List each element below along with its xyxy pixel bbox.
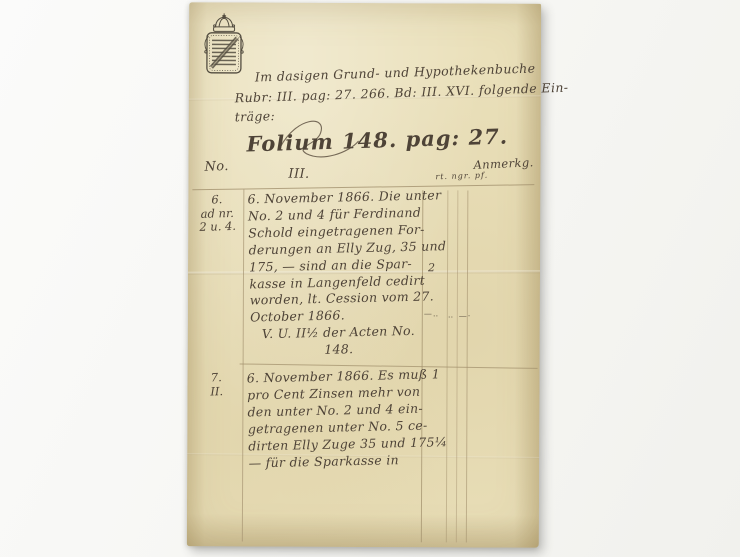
photo-background: Im dasigen Grund- und Hypothekenbuche Ru… [0, 0, 740, 557]
column-mark: III. [288, 167, 309, 182]
heraldic-crest-stamp-icon [199, 11, 249, 79]
entry-1-money-dash: ‥ [448, 310, 454, 319]
entry-2-no-line: 7. [195, 371, 237, 386]
column-header-money: rt. ngr. pf. [435, 171, 488, 182]
entry-1-number: 6. ad nr. 2 u. 4. [194, 193, 241, 235]
column-header-remark: Anmerkg. [473, 155, 534, 172]
table-vertical-line-no [242, 189, 245, 541]
entry-2-text: 6. November 1866. Es muß 1 pro Cent Zins… [247, 367, 425, 472]
entry-2-no-line: II. [196, 384, 238, 399]
entry-1-money-dash: —· [459, 311, 472, 320]
entry-1-money-value: 2 [428, 261, 435, 274]
entry-2-number: 7. II. [195, 371, 238, 399]
entry-1-no-line: 2 u. 4. [194, 220, 240, 235]
entry-1-text: 6. November 1866. Die unter No. 2 und 4 … [247, 188, 427, 361]
header-line-3: träge: [234, 108, 275, 124]
document-paper: Im dasigen Grund- und Hypothekenbuche Ru… [187, 2, 541, 548]
entry-1-money-dash: —‥ [424, 309, 439, 318]
column-header-no: No. [204, 159, 229, 175]
entry-2-line: — für die Sparkasse in [248, 451, 424, 472]
header-line-1: Im dasigen Grund- und Hypothekenbuche [255, 60, 536, 84]
